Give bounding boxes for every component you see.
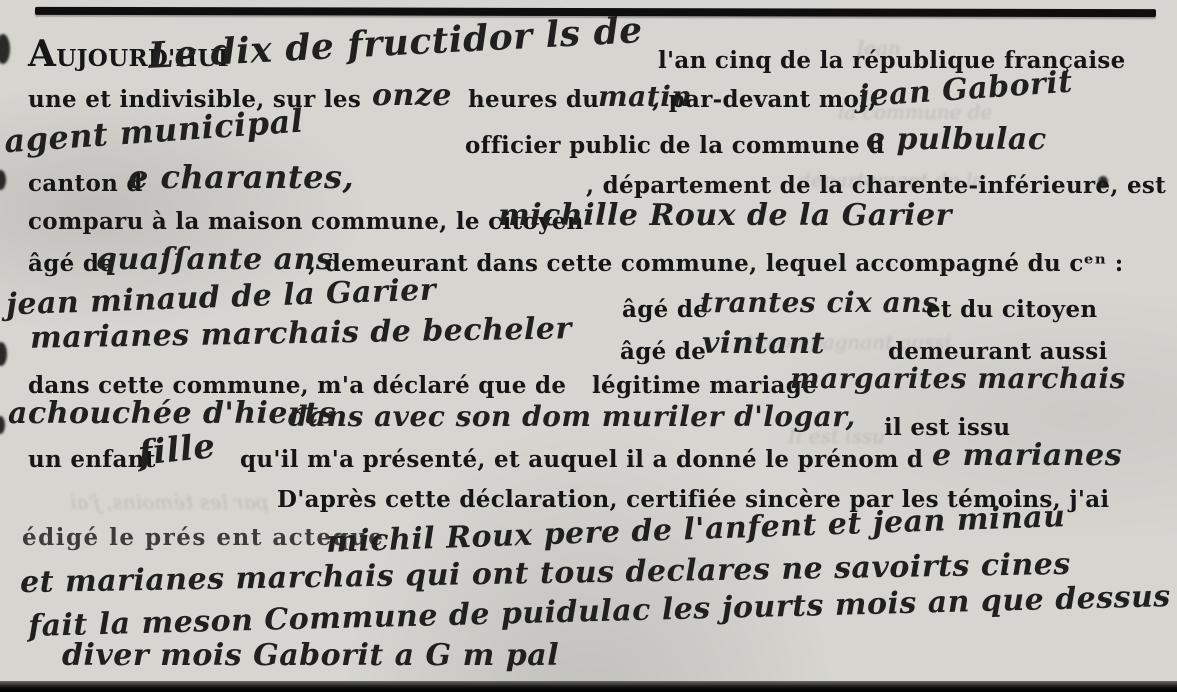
- edge-smudge: [0, 170, 6, 190]
- handwritten-commune-name: e pulbulac: [866, 122, 1047, 157]
- printed-et-du-citoyen: et du citoyen: [926, 296, 1097, 323]
- handwritten-signature: diver mois Gaborit a G m pal: [62, 638, 559, 673]
- bleed-through-text: par les témoins, j'ai: [70, 490, 269, 514]
- handwritten-dans-avec: dans avec son dom muriler d'logar,: [288, 400, 856, 433]
- printed-canton: canton d: [28, 170, 143, 197]
- handwritten-age-2: trantes cix ans: [700, 286, 938, 319]
- printed-heures-du: heures du: [468, 86, 599, 113]
- drop-cap-a: A: [28, 33, 56, 75]
- handwritten-declarant-name: michille Roux de la Garier: [498, 198, 952, 233]
- handwritten-age-1: quaſſante ans: [96, 242, 333, 277]
- printed-officier-public: officier public de la commune d: [465, 132, 885, 159]
- handwritten-age-3: vintant: [702, 326, 825, 361]
- handwritten-child-firstname: e marianes: [932, 438, 1122, 473]
- edge-smudge: [0, 342, 7, 366]
- printed-par-devant-moi: , par-devant moi,: [652, 86, 877, 113]
- printed-dans-cette-commune: dans cette commune, m'a déclaré que de: [28, 372, 566, 399]
- printed-departement: , département de la charente-inférieure,…: [586, 172, 1166, 199]
- printed-il-est-issu: il est issu: [884, 414, 1010, 441]
- edge-smudge: [0, 34, 10, 64]
- printed-age-2: âgé de: [622, 296, 708, 323]
- handwritten-date: Le dix de fructidor ls de: [147, 9, 643, 77]
- printed-age-3: âgé de: [620, 338, 706, 365]
- handwritten-child-sex: fille: [136, 426, 217, 474]
- handwritten-canton-name: e charantes,: [128, 158, 354, 196]
- printed-un-enfant: un enfant: [28, 446, 156, 473]
- bottom-rule-bar: [0, 681, 1177, 692]
- printed-legitime-mariage: légitime mariage: [592, 372, 817, 399]
- scanned-civil-act-page: Jean la commune de département de la Acc…: [0, 0, 1177, 692]
- handwritten-hour: onze: [372, 78, 452, 113]
- edge-smudge: [0, 416, 5, 434]
- printed-quil-ma-presente: qu'il m'a présenté, et auquel il a donné…: [240, 446, 923, 473]
- printed-demeurant-2: demeurant aussi: [888, 338, 1108, 365]
- handwritten-accouchee: achouchée d'hierts: [8, 396, 336, 431]
- handwritten-mother-name: margarites marchais: [790, 362, 1126, 395]
